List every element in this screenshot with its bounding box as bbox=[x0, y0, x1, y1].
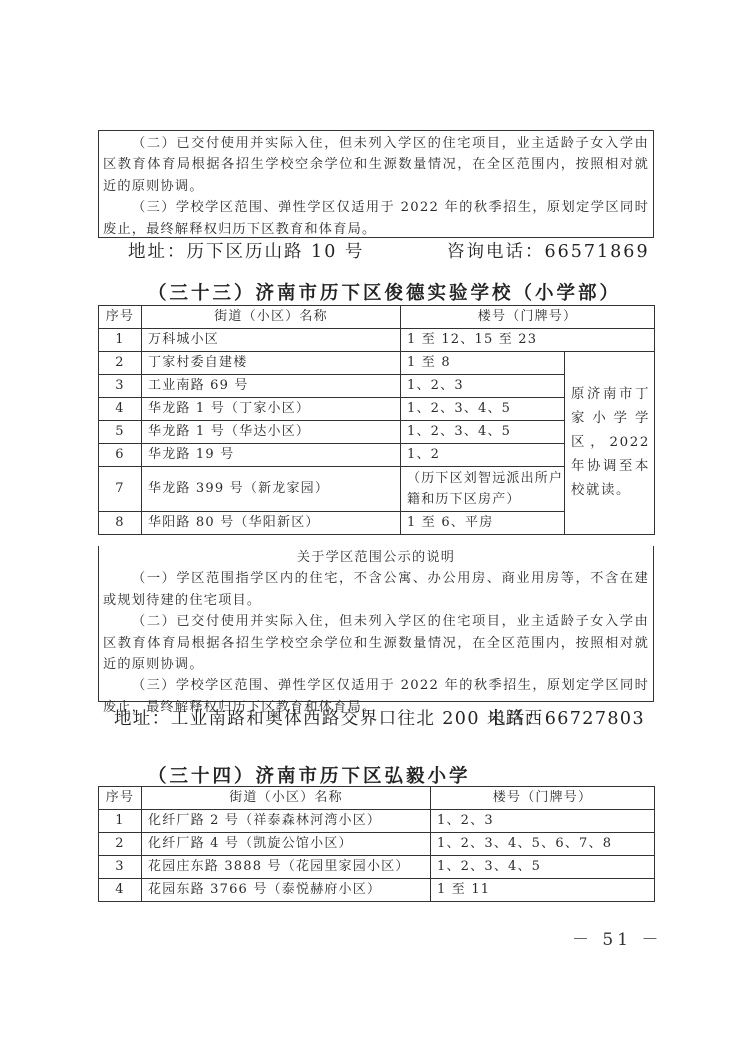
section-title-34: （三十四）济南市历下区弘毅小学 bbox=[148, 762, 471, 788]
table-row: 1 万科城小区 1 至 12、15 至 23 bbox=[99, 329, 655, 352]
building-numbers: 1 至 6、平房 bbox=[401, 512, 565, 535]
street-name: 华龙路 1 号（华达小区） bbox=[142, 421, 401, 444]
building-numbers: 1 至 8 bbox=[401, 352, 565, 375]
row-number: 5 bbox=[99, 421, 142, 444]
building-numbers: 1 至 12、15 至 23 bbox=[401, 329, 655, 352]
row-number: 1 bbox=[99, 810, 142, 833]
building-numbers: （历下区刘智远派出所户籍和历下区房产） bbox=[401, 467, 565, 512]
section-title-33: （三十三）济南市历下区俊德实验学校（小学部） bbox=[148, 279, 621, 305]
merged-zone-note: 原济南市丁家小学学区，2022 年协调至本校就读。 bbox=[565, 352, 655, 535]
row-number: 1 bbox=[99, 329, 142, 352]
street-name: 万科城小区 bbox=[142, 329, 401, 352]
row-number: 3 bbox=[99, 375, 142, 398]
building-numbers: 1、2、3 bbox=[401, 375, 565, 398]
table-row: 3 花园庄东路 3888 号（花园里家园小区） 1、2、3、4、5 bbox=[99, 856, 655, 879]
street-name: 华龙路 1 号（丁家小区） bbox=[142, 398, 401, 421]
building-numbers: 1、2、3、4、5 bbox=[401, 421, 565, 444]
note-paragraph: （二）已交付使用并实际入住，但未列入学区的住宅项目，业主适龄子女入学由区教育体育… bbox=[103, 133, 649, 197]
header-street: 街道（小区）名称 bbox=[142, 306, 401, 329]
notes-title: 关于学区范围公示的说明 bbox=[103, 547, 649, 568]
street-name: 华龙路 399 号（新龙家园） bbox=[142, 467, 401, 512]
header-seq: 序号 bbox=[99, 787, 142, 810]
previous-school-address: 地址：历下区历山路 10 号 bbox=[128, 238, 364, 263]
previous-school-phone: 咨询电话：66571869 bbox=[447, 238, 650, 263]
table-header-row: 序号 街道（小区）名称 楼号（门牌号） bbox=[99, 306, 655, 329]
table-row: 4 花园东路 3766 号（泰悦赫府小区） 1 至 11 bbox=[99, 879, 655, 902]
building-numbers: 1、2 bbox=[401, 444, 565, 467]
note-paragraph: （三）学校学区范围、弹性学区仅适用于 2022 年的秋季招生，原划定学区同时废止… bbox=[103, 197, 649, 240]
street-name: 化纤厂路 4 号（凯旋公馆小区） bbox=[142, 833, 431, 856]
row-number: 8 bbox=[99, 512, 142, 535]
street-name: 化纤厂路 2 号（祥泰森林河湾小区） bbox=[142, 810, 431, 833]
table-row: 2 化纤厂路 4 号（凯旋公馆小区） 1、2、3、4、5、6、7、8 bbox=[99, 833, 655, 856]
street-name: 华阳路 80 号（华阳新区） bbox=[142, 512, 401, 535]
row-number: 3 bbox=[99, 856, 142, 879]
building-numbers: 1、2、3、4、5 bbox=[431, 856, 655, 879]
street-name: 工业南路 69 号 bbox=[142, 375, 401, 398]
street-name: 花园庄东路 3888 号（花园里家园小区） bbox=[142, 856, 431, 879]
school-33-zone-table: 序号 街道（小区）名称 楼号（门牌号） 1 万科城小区 1 至 12、15 至 … bbox=[98, 305, 655, 535]
row-number: 2 bbox=[99, 352, 142, 375]
school-33-notes-box: 关于学区范围公示的说明 （一）学区范围指学区内的住宅，不含公寓、办公用房、商业用… bbox=[98, 546, 654, 702]
header-street: 街道（小区）名称 bbox=[142, 787, 431, 810]
building-numbers: 1、2、3、4、5 bbox=[401, 398, 565, 421]
header-building: 楼号（门牌号） bbox=[431, 787, 655, 810]
table-row: 1 化纤厂路 2 号（祥泰森林河湾小区） 1、2、3 bbox=[99, 810, 655, 833]
school-33-address: 地址：工业南路和奥体西路交界口往北 200 米路西 bbox=[114, 705, 544, 730]
school-34-zone-table: 序号 街道（小区）名称 楼号（门牌号） 1 化纤厂路 2 号（祥泰森林河湾小区）… bbox=[98, 786, 655, 902]
row-number: 4 bbox=[99, 879, 142, 902]
note-paragraph: （二）已交付使用并实际入住，但未列入学区的住宅项目，业主适龄子女入学由区教育体育… bbox=[103, 611, 649, 675]
row-number: 4 bbox=[99, 398, 142, 421]
note-paragraph: （一）学区范围指学区内的住宅，不含公寓、办公用房、商业用房等，不含在建或规划待建… bbox=[103, 568, 649, 611]
table-row: 2 丁家村委自建楼 1 至 8 原济南市丁家小学学区，2022 年协调至本校就读… bbox=[99, 352, 655, 375]
header-building: 楼号（门牌号） bbox=[401, 306, 655, 329]
street-name: 丁家村委自建楼 bbox=[142, 352, 401, 375]
school-33-phone: 电话：66727803 bbox=[488, 705, 645, 730]
street-name: 花园东路 3766 号（泰悦赫府小区） bbox=[142, 879, 431, 902]
row-number: 6 bbox=[99, 444, 142, 467]
header-seq: 序号 bbox=[99, 306, 142, 329]
row-number: 7 bbox=[99, 467, 142, 512]
building-numbers: 1、2、3、4、5、6、7、8 bbox=[431, 833, 655, 856]
row-number: 2 bbox=[99, 833, 142, 856]
street-name: 华龙路 19 号 bbox=[142, 444, 401, 467]
table-header-row: 序号 街道（小区）名称 楼号（门牌号） bbox=[99, 787, 655, 810]
page-number: － 51 － bbox=[572, 925, 662, 950]
building-numbers: 1、2、3 bbox=[431, 810, 655, 833]
previous-notes-box: （二）已交付使用并实际入住，但未列入学区的住宅项目，业主适龄子女入学由区教育体育… bbox=[98, 130, 654, 238]
building-numbers: 1 至 11 bbox=[431, 879, 655, 902]
